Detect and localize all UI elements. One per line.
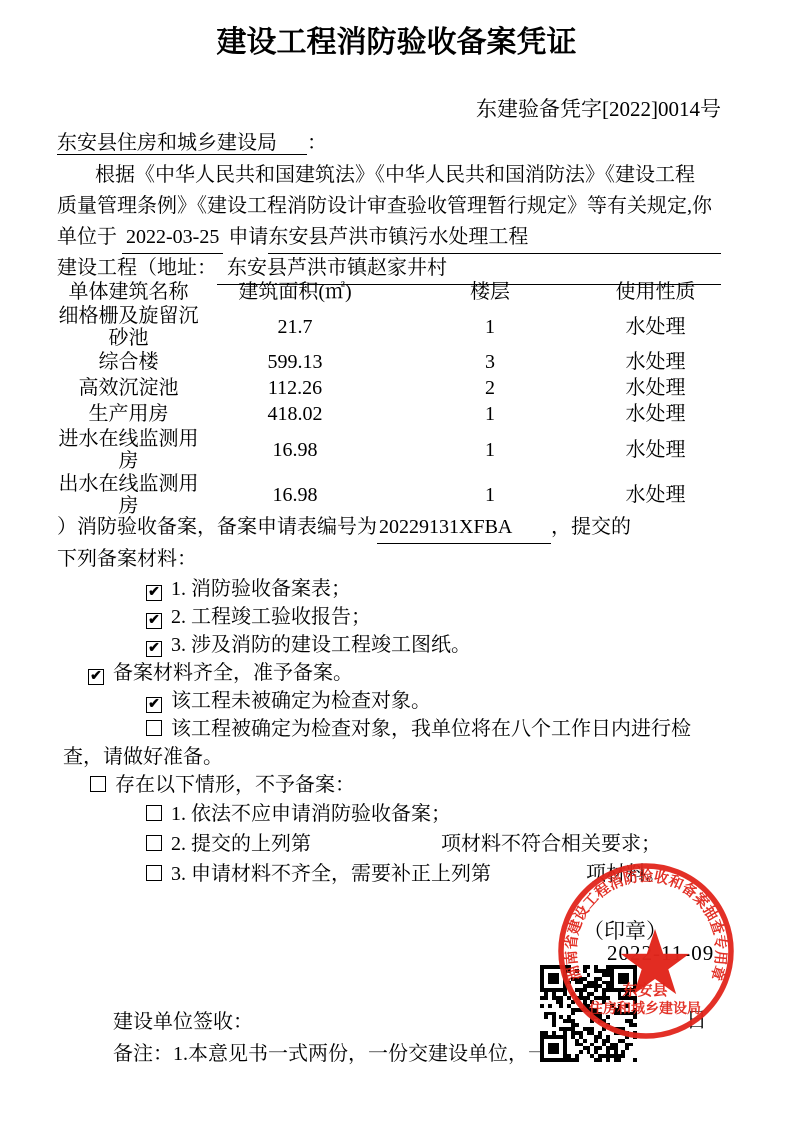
refuse-item-text: 项材料不符合相关要求； (441, 833, 661, 855)
decision-approved: ✔备案材料齐全，准予备案。 (88, 659, 721, 687)
doc-number: 东建验备凭字[2022]0014号 (476, 96, 721, 122)
apply-date: 2022-03-25 (122, 222, 223, 254)
material-label: 2. 工程竣工验收报告； (171, 606, 371, 628)
decision-label: 存在以下情形，不予备案： (115, 774, 355, 796)
checkbox-checked-icon: ✔ (146, 613, 162, 629)
checkbox-unchecked-icon (146, 865, 162, 881)
column-header: 楼层 (390, 280, 590, 304)
table-cell-name: 生产用房 (57, 401, 200, 427)
table-cell-floors: 1 (390, 401, 590, 427)
buildings-table: 单体建筑名称 建筑面积(㎡) 楼层 使用性质 细格栅及旋留沉砂池 21.7 1 … (57, 280, 721, 518)
record-prefix: ）消防验收备案，备案申请表编号为 (57, 516, 377, 538)
table-cell-area: 16.98 (200, 427, 390, 472)
table-cell-name: 综合楼 (57, 349, 200, 375)
record-section: ）消防验收备案，备案申请表编号为20229131XFBA，提交的 下列备案材料：… (57, 512, 721, 889)
apply-word: 申请 (228, 222, 268, 254)
table-cell-area: 21.7 (200, 304, 390, 349)
note-line: 备注：1.本意见书一式两份，一份交建设单位，一 (113, 1037, 548, 1066)
salutation-colon: ： (307, 132, 327, 154)
decision-label: 该工程未被确定为检查对象。 (171, 690, 431, 712)
table-cell-area: 418.02 (200, 401, 390, 427)
material-item: ✔1. 消防验收备案表； (146, 575, 721, 603)
checkbox-checked-icon: ✔ (146, 641, 162, 657)
table-cell-area: 599.13 (200, 349, 390, 375)
checkbox-unchecked-icon (146, 835, 162, 851)
authority-name: 东安县住房和城乡建设局 (57, 132, 307, 155)
checkbox-unchecked-icon (90, 776, 106, 792)
column-header: 使用性质 (590, 280, 721, 304)
record-line: ）消防验收备案，备案申请表编号为20229131XFBA，提交的 (57, 512, 721, 544)
refuse-item: 1. 依法不应申请消防验收备案； (146, 799, 721, 829)
table-cell-usage: 水处理 (590, 349, 721, 375)
record-line-2: 下列备案材料： (57, 544, 721, 575)
decision-refuse: 存在以下情形，不予备案： (90, 771, 721, 799)
column-header: 单体建筑名称 (57, 280, 200, 304)
record-suffix: ，提交的 (551, 516, 631, 538)
qr-code (540, 965, 637, 1062)
table-cell-floors: 2 (390, 375, 590, 401)
table-cell-usage: 水处理 (590, 427, 721, 472)
apply-line: 单位于 2022-03-25 申请 东安县芦洪市镇污水处理工程 (57, 222, 721, 254)
table-cell-name: 高效沉淀池 (57, 375, 200, 401)
refuse-item: 2. 提交的上列第项材料不符合相关要求； (146, 829, 721, 859)
page-title: 建设工程消防验收备案凭证 (0, 24, 793, 62)
unit-prefix: 单位于 (57, 222, 117, 254)
date-day-label: 日 (686, 1004, 707, 1034)
material-item: ✔2. 工程竣工验收报告； (146, 603, 721, 631)
application-number: 20229131XFBA (377, 512, 551, 544)
table-cell-usage: 水处理 (590, 304, 721, 349)
refuse-item-text: 2. 提交的上列第 (171, 833, 311, 855)
checkbox-checked-icon: ✔ (88, 669, 104, 685)
intro-line-1: 根据《中华人民共和国建筑法》《中华人民共和国消防法》《建设工程 (57, 160, 721, 191)
material-label: 3. 涉及消防的建设工程竣工图纸。 (171, 634, 471, 656)
decision-inspection: 该工程被确定为检查对象，我单位将在八个工作日内进行检查，请做好准备。 (63, 715, 698, 771)
decision-not-inspection: ✔该工程未被确定为检查对象。 (146, 687, 721, 715)
material-label: 1. 消防验收备案表； (171, 578, 351, 600)
checkbox-checked-icon: ✔ (146, 697, 162, 713)
refuse-item-text: 项材料。 (586, 863, 666, 885)
refuse-item: 3. 申请材料不齐全，需要补正上列第项材料。 (146, 859, 721, 889)
checkbox-unchecked-icon (146, 720, 162, 736)
refuse-item-text: 1. 依法不应申请消防验收备案； (171, 803, 451, 825)
material-item: ✔3. 涉及消防的建设工程竣工图纸。 (146, 631, 721, 659)
table-cell-floors: 1 (390, 304, 590, 349)
table-cell-floors: 1 (390, 427, 590, 472)
table-cell-area: 112.26 (200, 375, 390, 401)
table-cell-floors: 3 (390, 349, 590, 375)
intro-line-2: 质量管理条例》《建设工程消防设计审查验收管理暂行规定》等有关规定,你 (57, 191, 721, 222)
document-page: 建设工程消防验收备案凭证 东建验备凭字[2022]0014号 东安县住房和城乡建… (0, 0, 793, 1122)
salutation-line: 东安县住房和城乡建设局： (57, 130, 327, 157)
project-name: 东安县芦洪市镇污水处理工程 (268, 222, 721, 254)
column-header: 建筑面积(㎡) (200, 280, 390, 304)
table-cell-name: 细格栅及旋留沉砂池 (57, 304, 200, 349)
table-cell-name: 进水在线监测用房 (57, 427, 200, 472)
checkbox-checked-icon: ✔ (146, 585, 162, 601)
decision-label: 备案材料齐全，准予备案。 (113, 662, 353, 684)
table-cell-usage: 水处理 (590, 375, 721, 401)
checkbox-unchecked-icon (146, 805, 162, 821)
sign-label: 建设单位签收： (113, 1005, 253, 1034)
table-cell-usage: 水处理 (590, 401, 721, 427)
issue-date: 2022-11-09 (607, 941, 714, 966)
refuse-item-text: 3. 申请材料不齐全，需要补正上列第 (171, 863, 491, 885)
